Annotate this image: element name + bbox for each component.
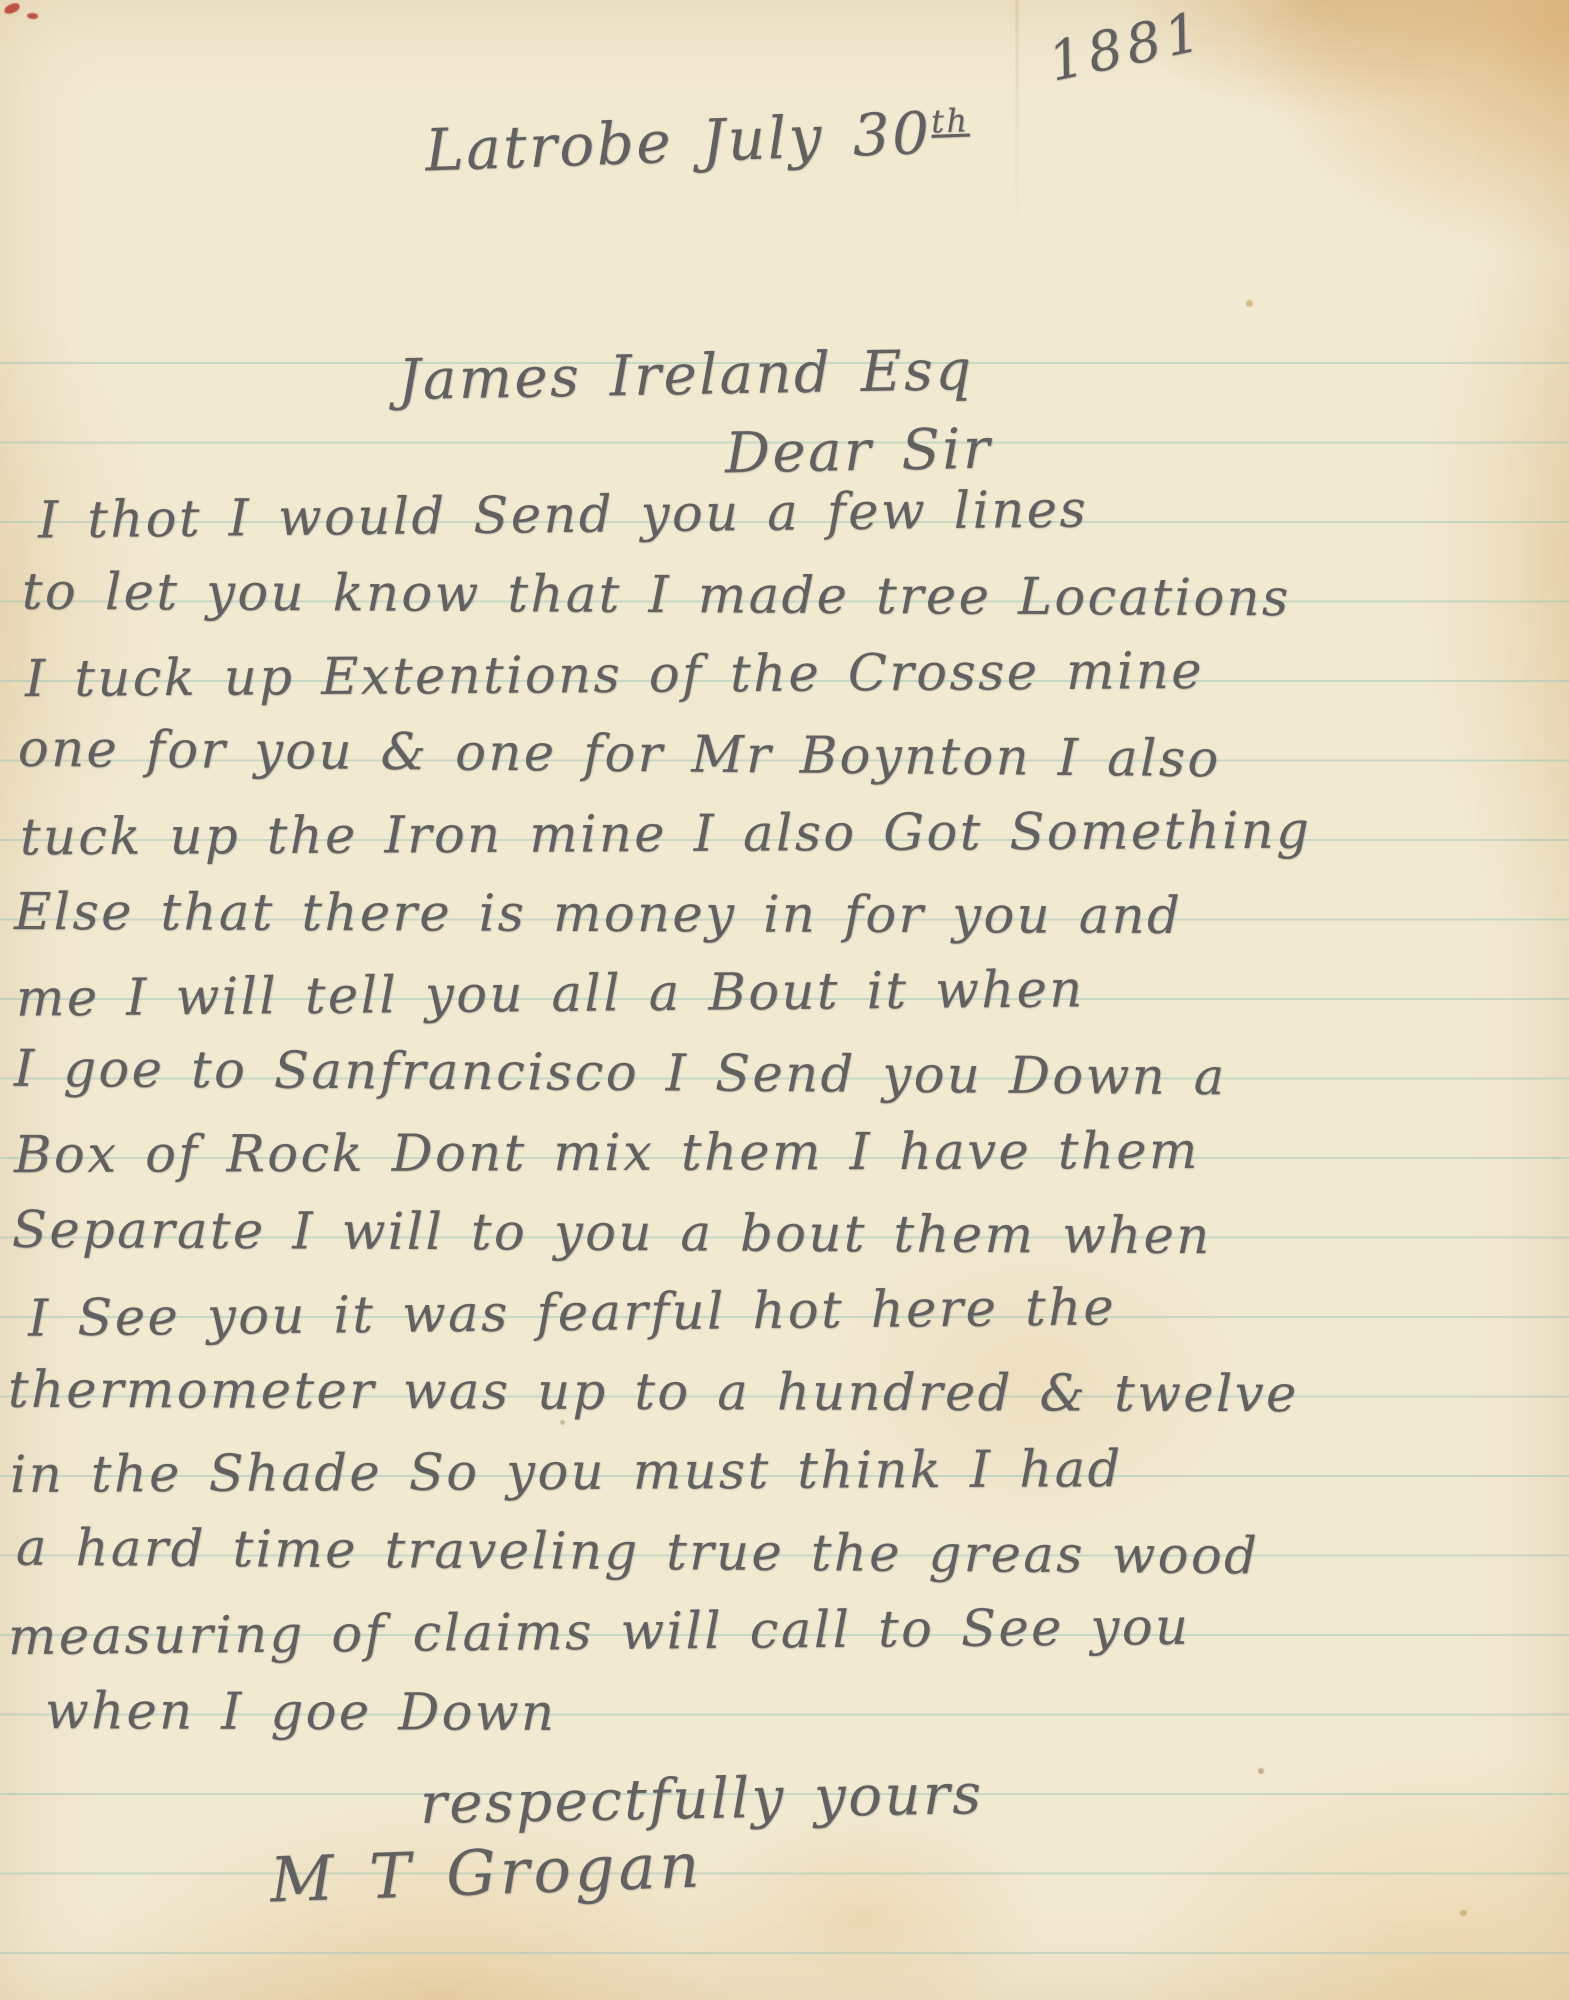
dateline: Latrobe July 30th: [424, 103, 971, 180]
letter-line: I tuck up Extentions of the Crosse mine: [25, 646, 1204, 705]
dateline-ordinal: th: [930, 101, 970, 140]
paper-speck: [1460, 1910, 1467, 1916]
letter-line: Box of Rock Dont mix them I have them: [14, 1126, 1200, 1181]
red-ink-mark: [3, 2, 21, 16]
letter-line: to let you know that I made tree Locatio…: [22, 567, 1291, 625]
closing: respectfully yours: [420, 1767, 984, 1833]
red-ink-mark: [27, 12, 39, 20]
letter-line: me I will tell you all a Bout it when: [16, 964, 1085, 1024]
letter-line: I See you it was fearful hot here the: [28, 1282, 1117, 1344]
letter-line: I thot I would Send you a few lines: [38, 485, 1089, 547]
year-annotation: 1881: [1044, 4, 1209, 90]
letter-line: a hard time traveling true the greas woo…: [16, 1523, 1260, 1583]
letter-line: tuck up the Iron mine I also Got Somethi…: [20, 806, 1312, 864]
letter-line: one for you & one for Mr Boynton I also: [18, 724, 1221, 785]
letter-page: 1881 Latrobe July 30th James Ireland Esq…: [0, 0, 1569, 2000]
salutation: Dear Sir: [725, 422, 993, 483]
dateline-text: Latrobe July 30: [424, 99, 933, 185]
fold-crease: [1016, 0, 1018, 235]
recipient-line: James Ireland Esq: [398, 343, 975, 409]
letter-line: I goe to Sanfrancisco I Send you Down a: [14, 1044, 1227, 1103]
letter-line: Separate I will to you a bout them when: [12, 1205, 1212, 1262]
paper-speck: [1246, 300, 1253, 307]
signature: M T Grogan: [269, 1834, 704, 1911]
letter-line: thermometer was up to a hundred & twelve: [8, 1365, 1299, 1421]
letter-line: in the Shade So you must think I had: [10, 1444, 1123, 1501]
paper-speck: [1258, 1768, 1264, 1774]
letter-line: when I goe Down: [45, 1686, 557, 1739]
letter-line: Else that there is money in for you and: [14, 887, 1182, 942]
letter-line: measuring of claims will call to See you: [8, 1602, 1191, 1663]
